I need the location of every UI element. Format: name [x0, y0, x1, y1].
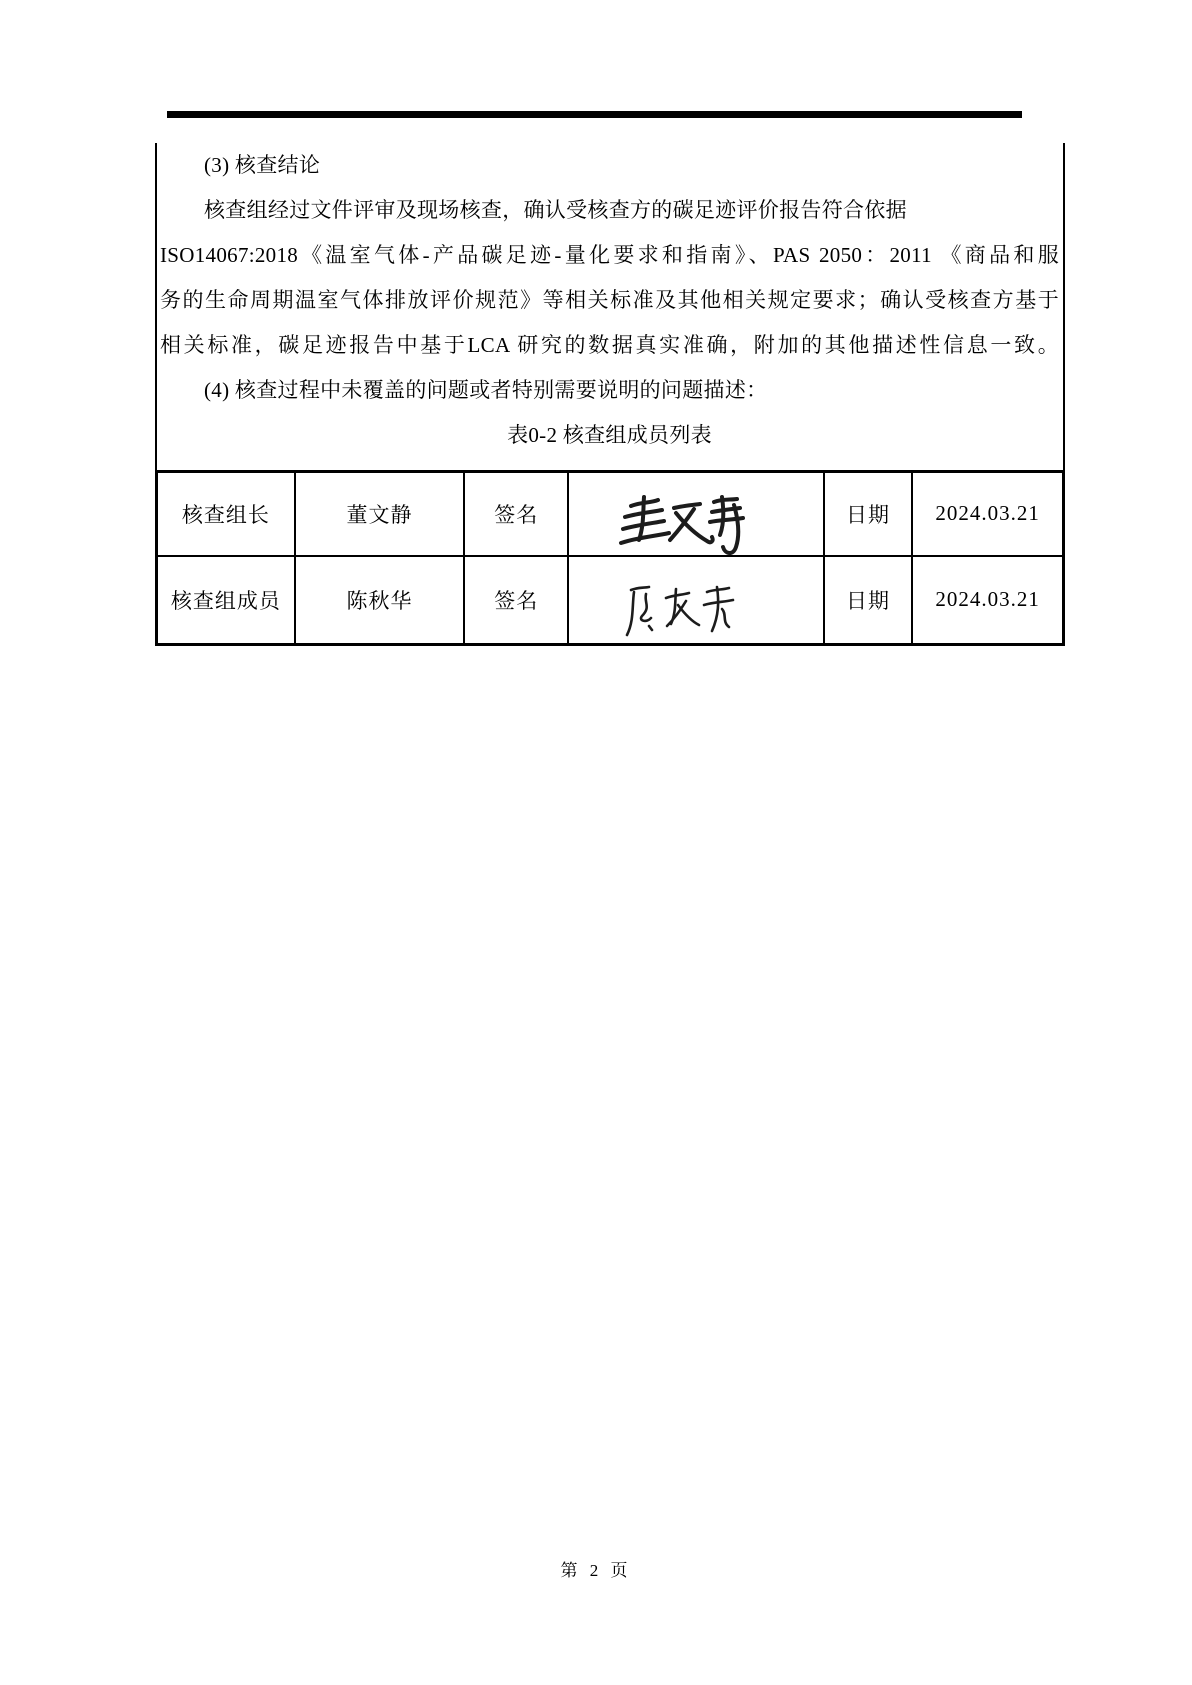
signature-cell	[568, 556, 824, 645]
name-cell: 陈秋华	[295, 556, 464, 645]
team-members-table: 核查组长 董文静 签名	[155, 470, 1065, 646]
conclusion-paragraph-line-2: ISO14067:2018《温室气体-产品碳足迹-量化要求和指南》、PAS 20…	[160, 233, 1059, 278]
role-cell: 核查组长	[157, 472, 295, 556]
section-4-heading: (4) 核查过程中未覆盖的问题或者特别需要说明的问题描述：	[160, 368, 1059, 413]
conclusion-text-section: (3) 核查结论 核查组经过文件评审及现场核查，确认受核查方的碳足迹评价报告符合…	[155, 143, 1065, 470]
header-top-rule	[167, 111, 1022, 118]
section-3-heading: (3) 核查结论	[160, 143, 1059, 188]
conclusion-paragraph-line-1: 核查组经过文件评审及现场核查，确认受核查方的碳足迹评价报告符合依据	[160, 188, 1059, 233]
name-cell: 董文静	[295, 472, 464, 556]
signature-chen-qiuhua-handwriting	[621, 581, 737, 643]
sign-label-cell: 签名	[464, 472, 568, 556]
table-row-member: 核查组成员 陈秋华 签名	[157, 556, 1064, 645]
date-label-cell: 日期	[824, 472, 912, 556]
date-label-cell: 日期	[824, 556, 912, 645]
conclusion-paragraph-line-4: 相关标准，碳足迹报告中基于LCA 研究的数据真实准确，附加的其他描述性信息一致。	[160, 323, 1059, 368]
content-frame: (3) 核查结论 核查组经过文件评审及现场核查，确认受核查方的碳足迹评价报告符合…	[155, 143, 1065, 646]
sign-label-cell: 签名	[464, 556, 568, 645]
date-cell: 2024.03.21	[912, 556, 1063, 645]
role-cell: 核查组成员	[157, 556, 295, 645]
table-row-leader: 核查组长 董文静 签名	[157, 472, 1064, 556]
date-cell: 2024.03.21	[912, 472, 1063, 556]
signature-cell	[568, 472, 824, 556]
page-number-footer: 第 2 页	[0, 1556, 1192, 1581]
conclusion-paragraph-line-3: 务的生命周期温室气体排放评价规范》等相关标准及其他相关规定要求；确认受核查方基于	[160, 278, 1059, 323]
document-page: (3) 核查结论 核查组经过文件评审及现场核查，确认受核查方的碳足迹评价报告符合…	[0, 0, 1192, 1685]
signature-dong-wenjing-handwriting	[617, 491, 751, 563]
table-caption: 表0-2 核查组成员列表	[160, 413, 1059, 458]
